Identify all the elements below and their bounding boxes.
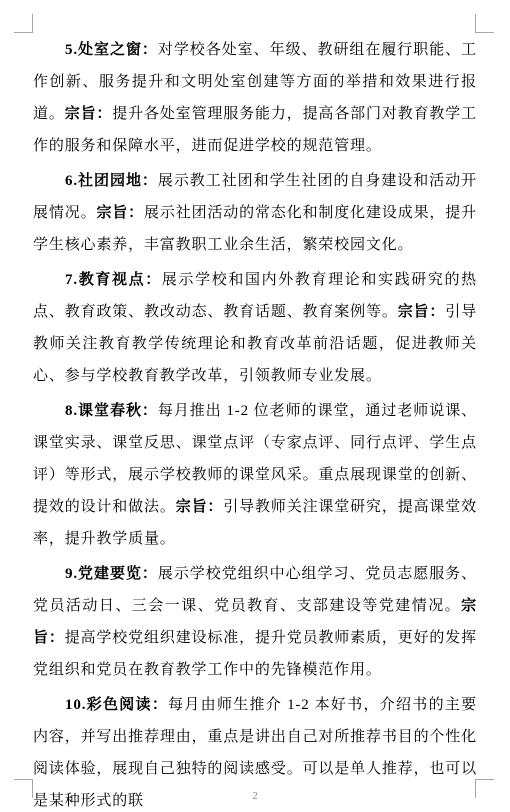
section-title: 6.社团园地：: [65, 173, 158, 189]
purpose-label: 宗旨：: [65, 106, 113, 122]
section-title: 10.彩色阅读：: [65, 697, 168, 713]
page-number: 2: [252, 790, 258, 802]
paragraph-section-5: 5.处室之窗：对学校各处室、年级、教研组在履行职能、工作创新、服务提升和文明处室…: [33, 34, 477, 162]
paragraph-section-9: 9.党建要览：展示学校党组织中心组学习、党员志愿服务、党员活动日、三会一课、党员…: [33, 558, 477, 686]
purpose-text: 提高学校党组织建设标准，提升党员教师素质，更好的发挥党组织和党员在教育教学工作中…: [33, 630, 477, 678]
purpose-label: 宗旨：: [176, 499, 224, 515]
section-title: 5.处室之窗：: [65, 42, 158, 58]
section-title: 9.党建要览：: [65, 566, 158, 582]
purpose-label: 宗旨：: [398, 304, 446, 320]
paragraph-section-7: 7.教育视点：展示学校和国内外教育理论和实践研究的热点、教育政策、教改动态、教育…: [33, 264, 477, 392]
document-body: 5.处室之窗：对学校各处室、年级、教研组在履行职能、工作创新、服务提升和文明处室…: [33, 34, 477, 812]
section-title: 8.课堂春秋：: [65, 403, 158, 419]
crop-mark-top-left: [14, 14, 33, 33]
page-footer: 2: [0, 790, 510, 802]
section-title: 7.教育视点：: [65, 272, 162, 288]
paragraph-section-6: 6.社团园地：展示教工社团和学生社团的自身建设和活动开展情况。宗旨：展示社团活动…: [33, 165, 477, 261]
document-page: 5.处室之窗：对学校各处室、年级、教研组在履行职能、工作创新、服务提升和文明处室…: [0, 0, 510, 812]
paragraph-section-8: 8.课堂春秋：每月推出 1-2 位老师的课堂，通过老师说课、课堂实录、课堂反思、…: [33, 395, 477, 555]
purpose-label: 宗旨：: [96, 205, 144, 221]
crop-mark-top-right: [475, 14, 494, 33]
